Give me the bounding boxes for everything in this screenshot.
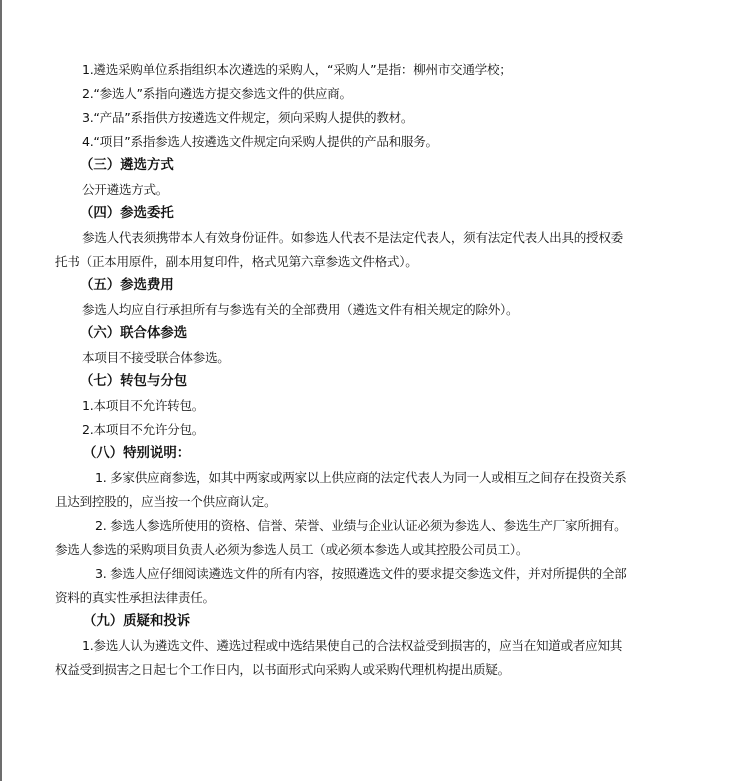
- section-body-consortium: 本项目不接受联合体参选。: [55, 346, 695, 370]
- section-heading-fees: （五）参选费用: [55, 274, 695, 298]
- definition-item-1: 1.遴选采购单位系指组织本次遴选的采购人，“采购人”是指：柳州市交通学校；: [55, 58, 695, 82]
- special-note-3-line1: 3. 参选人应仔细阅读遴选文件的所有内容，按照遴选文件的要求提交参选文件，并对所…: [55, 562, 695, 586]
- special-note-1-line2: 且达到控股的，应当按一个供应商认定。: [55, 490, 695, 514]
- section-body-selection-method: 公开遴选方式。: [55, 178, 695, 202]
- document-page: 1.遴选采购单位系指组织本次遴选的采购人，“采购人”是指：柳州市交通学校； 2.…: [55, 58, 695, 682]
- section-heading-selection-method: （三）遴选方式: [55, 154, 695, 178]
- special-note-2-line1: 2. 参选人参选所使用的资格、信誉、荣誉、业绩与企业认证必须为参选人、参选生产厂…: [55, 514, 695, 538]
- special-note-2-line2: 参选人参选的采购项目负责人必须为参选人员工（或必须本参选人或其控股公司员工）。: [55, 538, 695, 562]
- definition-item-3: 3.“产品”系指供方按遴选文件规定，须向采购人提供的教材。: [55, 106, 695, 130]
- section-heading-consortium: （六）联合体参选: [55, 322, 695, 346]
- section-body-delegation-line2: 托书（正本用原件，副本用复印件，格式见第六章参选文件格式）。: [55, 250, 695, 274]
- page-left-border: [0, 0, 2, 781]
- section-body-fees: 参选人均应自行承担所有与参选有关的全部费用（遴选文件有相关规定的除外）。: [55, 298, 695, 322]
- subcontract-item-2: 2.本项目不允许分包。: [55, 418, 695, 442]
- section-heading-special-notes: （八）特别说明：: [55, 442, 695, 466]
- complaint-item-1-line2: 权益受到损害之日起七个工作日内，以书面形式向采购人或采购代理机构提出质疑。: [55, 658, 695, 682]
- special-note-1-line1: 1. 多家供应商参选，如其中两家或两家以上供应商的法定代表人为同一人或相互之间存…: [55, 466, 695, 490]
- subcontract-item-1: 1.本项目不允许转包。: [55, 394, 695, 418]
- section-heading-subcontract: （七）转包与分包: [55, 370, 695, 394]
- section-body-delegation-line1: 参选人代表须携带本人有效身份证件。如参选人代表不是法定代表人，须有法定代表人出具…: [55, 226, 695, 250]
- section-heading-delegation: （四）参选委托: [55, 202, 695, 226]
- definition-item-2: 2.“参选人”系指向遴选方提交参选文件的供应商。: [55, 82, 695, 106]
- special-note-3-line2: 资料的真实性承担法律责任。: [55, 586, 695, 610]
- complaint-item-1-line1: 1.参选人认为遴选文件、遴选过程或中选结果使自己的合法权益受到损害的，应当在知道…: [55, 634, 695, 658]
- section-heading-complaints: （九）质疑和投诉: [55, 610, 695, 634]
- definition-item-4: 4.“项目”系指参选人按遴选文件规定向采购人提供的产品和服务。: [55, 130, 695, 154]
